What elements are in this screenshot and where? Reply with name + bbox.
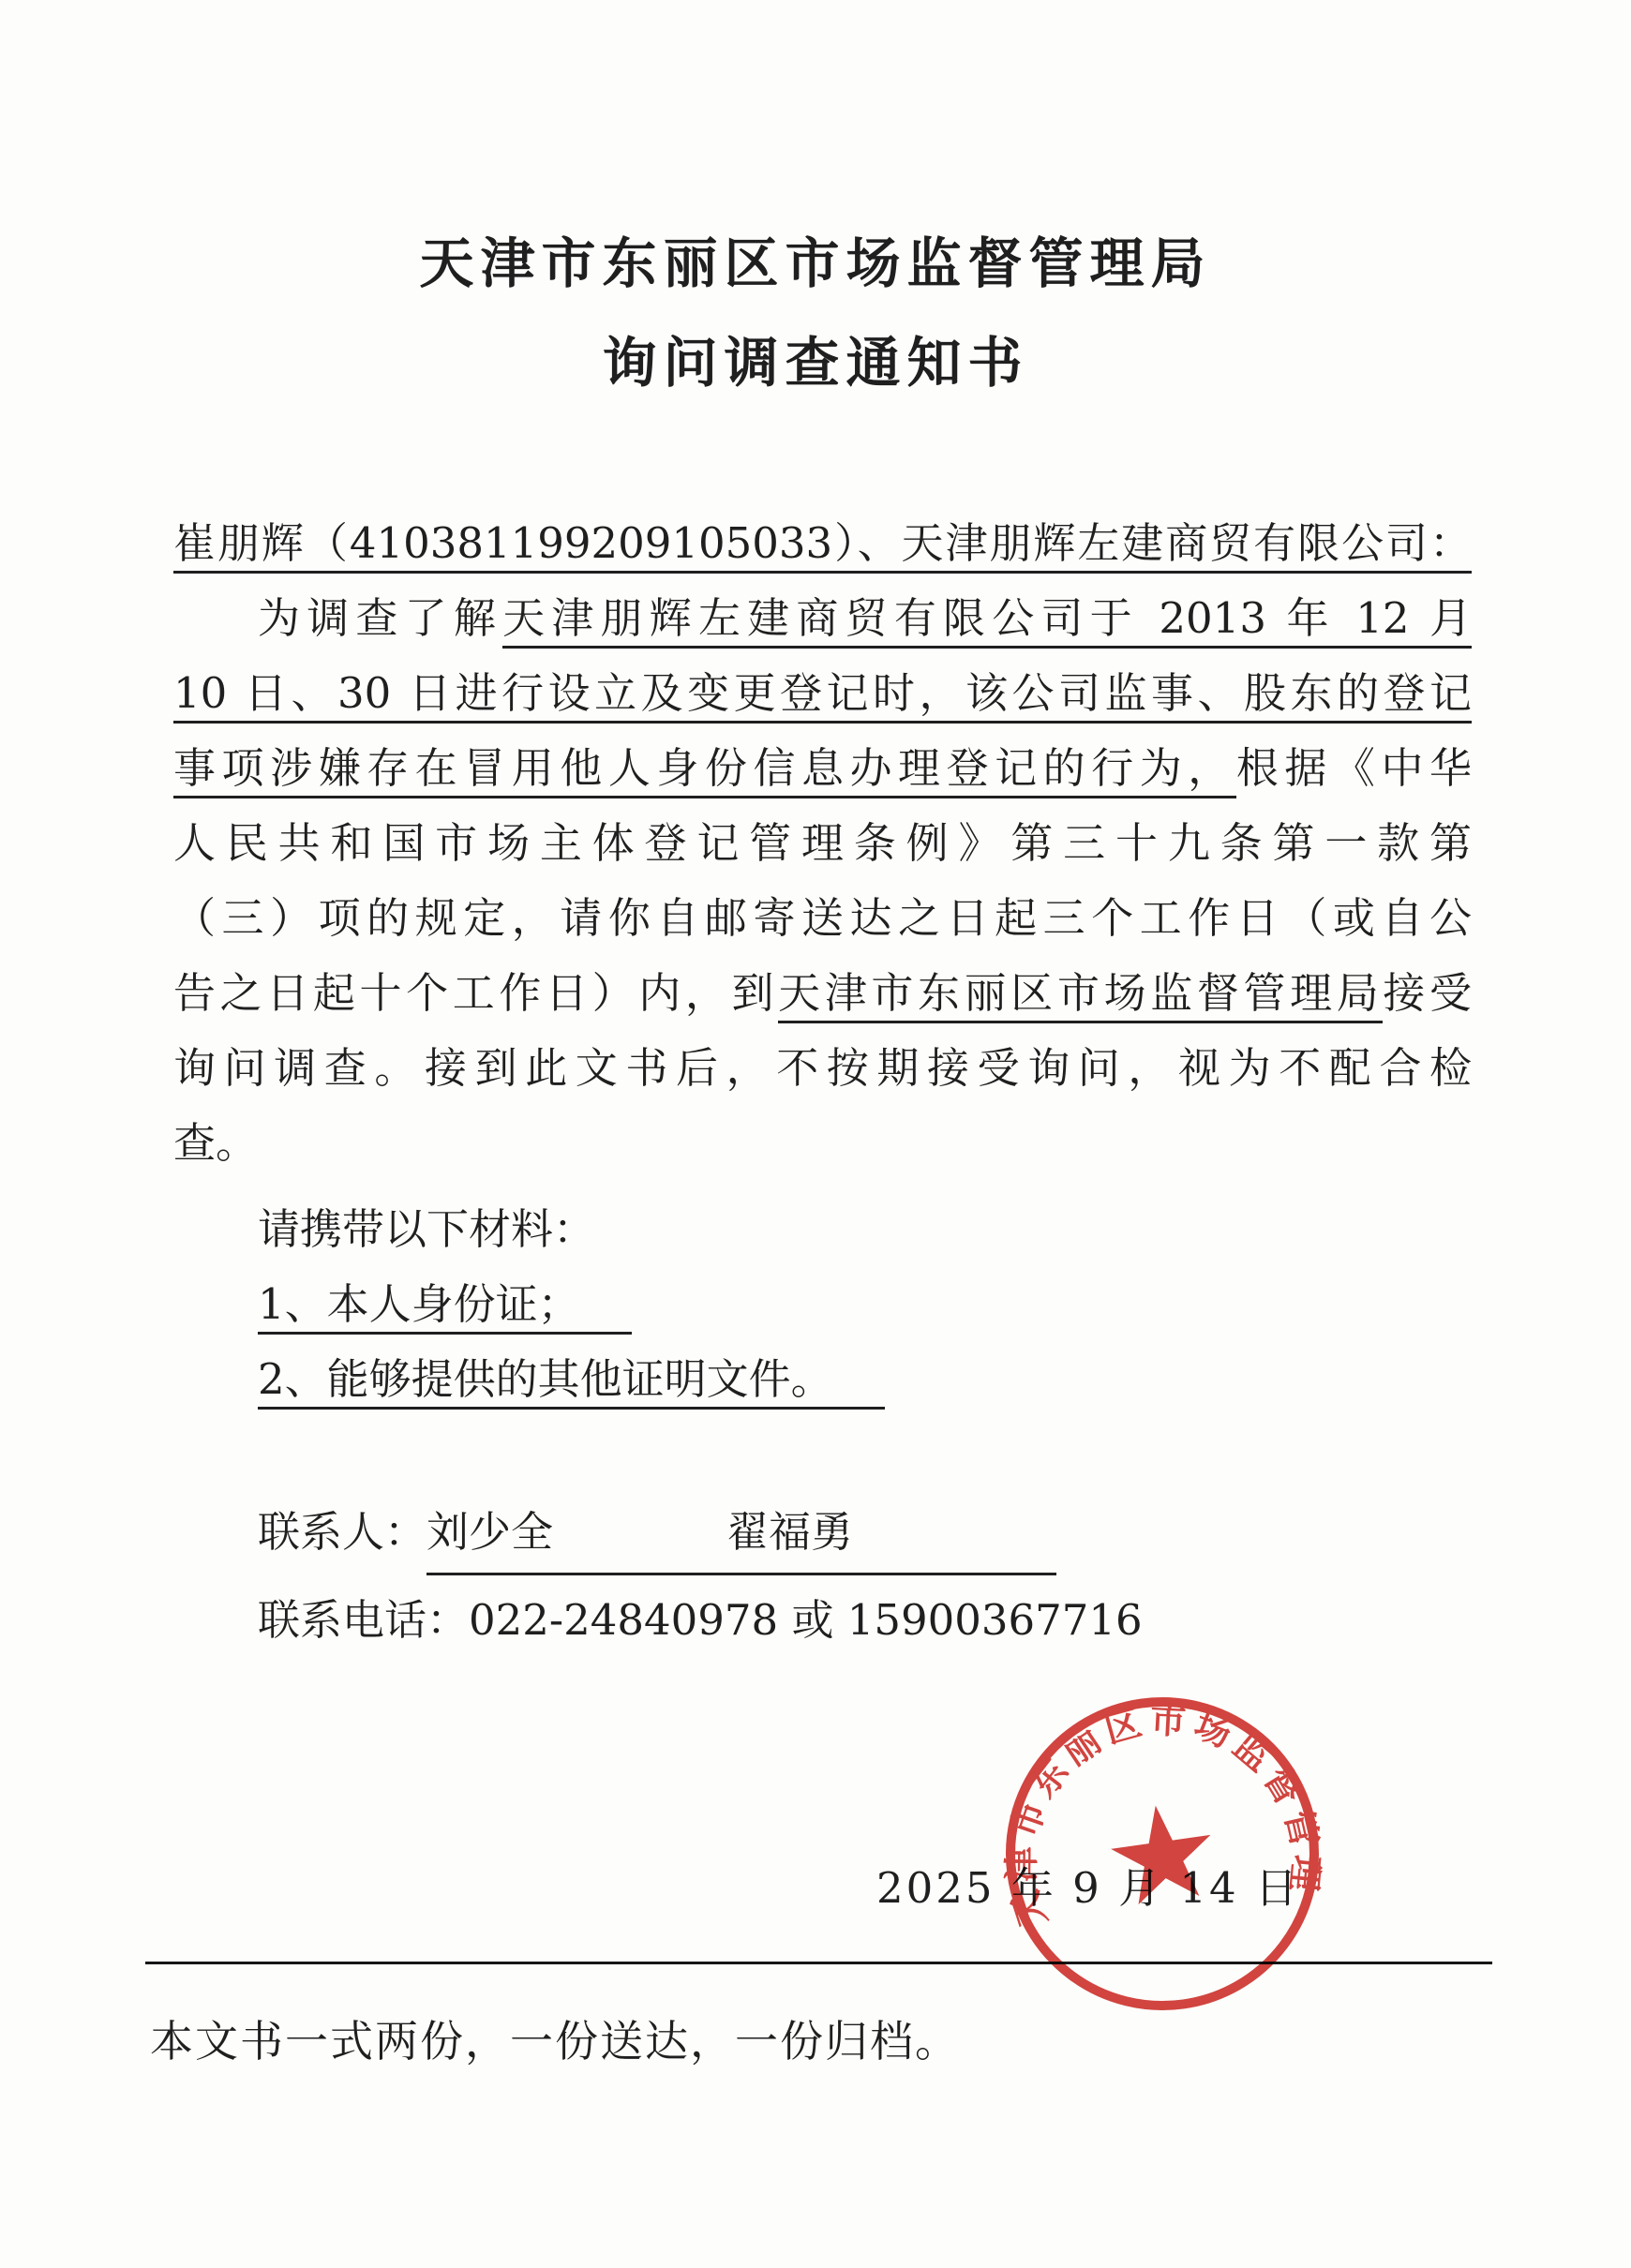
material-item-2: 2、能够提供的其他证明文件。 — [173, 1342, 1472, 1417]
material-item-2-text: 2、能够提供的其他证明文件。 — [258, 1354, 885, 1410]
document-title: 天津市东丽区市场监督管理局 询问调查通知书 — [0, 214, 1631, 412]
copies-note: 本文书一式两份，一份送达，一份归档。 — [150, 2007, 960, 2069]
body-line-2-plain: 为调查了解 — [258, 593, 502, 643]
body-line-4: 事项涉嫌存在冒用他人身份信息办理登记的行为，根据《中华 — [173, 731, 1472, 806]
salutation-line: 崔朋辉（410381199209105033）、天津朋辉左建商贸有限公司： — [173, 506, 1472, 581]
body-line-6: （三）项的规定，请你自邮寄送达之日起三个工作日（或自公 — [173, 881, 1472, 956]
seal-agency-text: 天津市东丽区市场监督管理局 — [969, 1661, 1333, 1947]
contact-phone-line: 联系电话：022-24840978 或 15900367716 — [173, 1583, 1472, 1658]
body-line-7-plain-post: 接受 — [1383, 968, 1472, 1018]
seal-star-icon — [1106, 1798, 1220, 1907]
contact-person-line: 联系人：刘少全翟福勇 — [173, 1495, 1472, 1575]
title-agency: 天津市东丽区市场监督管理局 — [0, 214, 1631, 313]
materials-heading: 请携带以下材料： — [173, 1192, 1472, 1267]
official-red-seal: 天津市东丽区市场监督管理局 — [969, 1661, 1354, 2046]
contact-name-2: 翟福勇 — [726, 1507, 853, 1557]
body-line-2: 为调查了解天津朋辉左建商贸有限公司于 2013 年 12 月 — [173, 581, 1472, 656]
body-line-4-plain: 根据《中华 — [1236, 743, 1472, 793]
body-line-7-plain-pre: 告之日起十个工作日）内，到 — [173, 968, 778, 1018]
contact-names: 刘少全翟福勇 — [426, 1495, 1056, 1575]
contact-label: 联系人： — [258, 1507, 426, 1557]
body-line-2-underlined: 天津朋辉左建商贸有限公司于 2013 年 12 月 — [502, 593, 1472, 649]
body-line-7: 告之日起十个工作日）内，到天津市东丽区市场监督管理局接受 — [173, 956, 1472, 1031]
body-line-8: 询问调查。接到此文书后，不按期接受询问，视为不配合检 — [173, 1031, 1472, 1106]
body-line-9: 查。 — [173, 1106, 1472, 1181]
document-page: 天津市东丽区市场监督管理局 询问调查通知书 崔朋辉（41038119920910… — [0, 0, 1631, 2268]
material-item-1-text: 1、本人身份证； — [258, 1279, 632, 1335]
body-line-4-underlined: 事项涉嫌存在冒用他人身份信息办理登记的行为， — [173, 743, 1236, 798]
body-line-5: 人民共和国市场主体登记管理条例》第三十九条第一款第 — [173, 806, 1472, 881]
body-line-7-underlined: 天津市东丽区市场监督管理局 — [778, 968, 1383, 1023]
contact-name-1: 刘少全 — [426, 1507, 553, 1557]
seal-graphic: 天津市东丽区市场监督管理局 — [969, 1661, 1354, 2046]
salutation-text: 崔朋辉（410381199209105033）、天津朋辉左建商贸有限公司： — [173, 518, 1472, 574]
body-line-3: 10 日、30 日进行设立及变更登记时，该公司监事、股东的登记 — [173, 656, 1472, 731]
material-item-1: 1、本人身份证； — [173, 1267, 1472, 1342]
document-body: 崔朋辉（410381199209105033）、天津朋辉左建商贸有限公司： 为调… — [173, 506, 1472, 1658]
title-doc-type: 询问调查通知书 — [0, 313, 1631, 412]
body-line-3-underlined: 10 日、30 日进行设立及变更登记时，该公司监事、股东的登记 — [173, 668, 1472, 724]
